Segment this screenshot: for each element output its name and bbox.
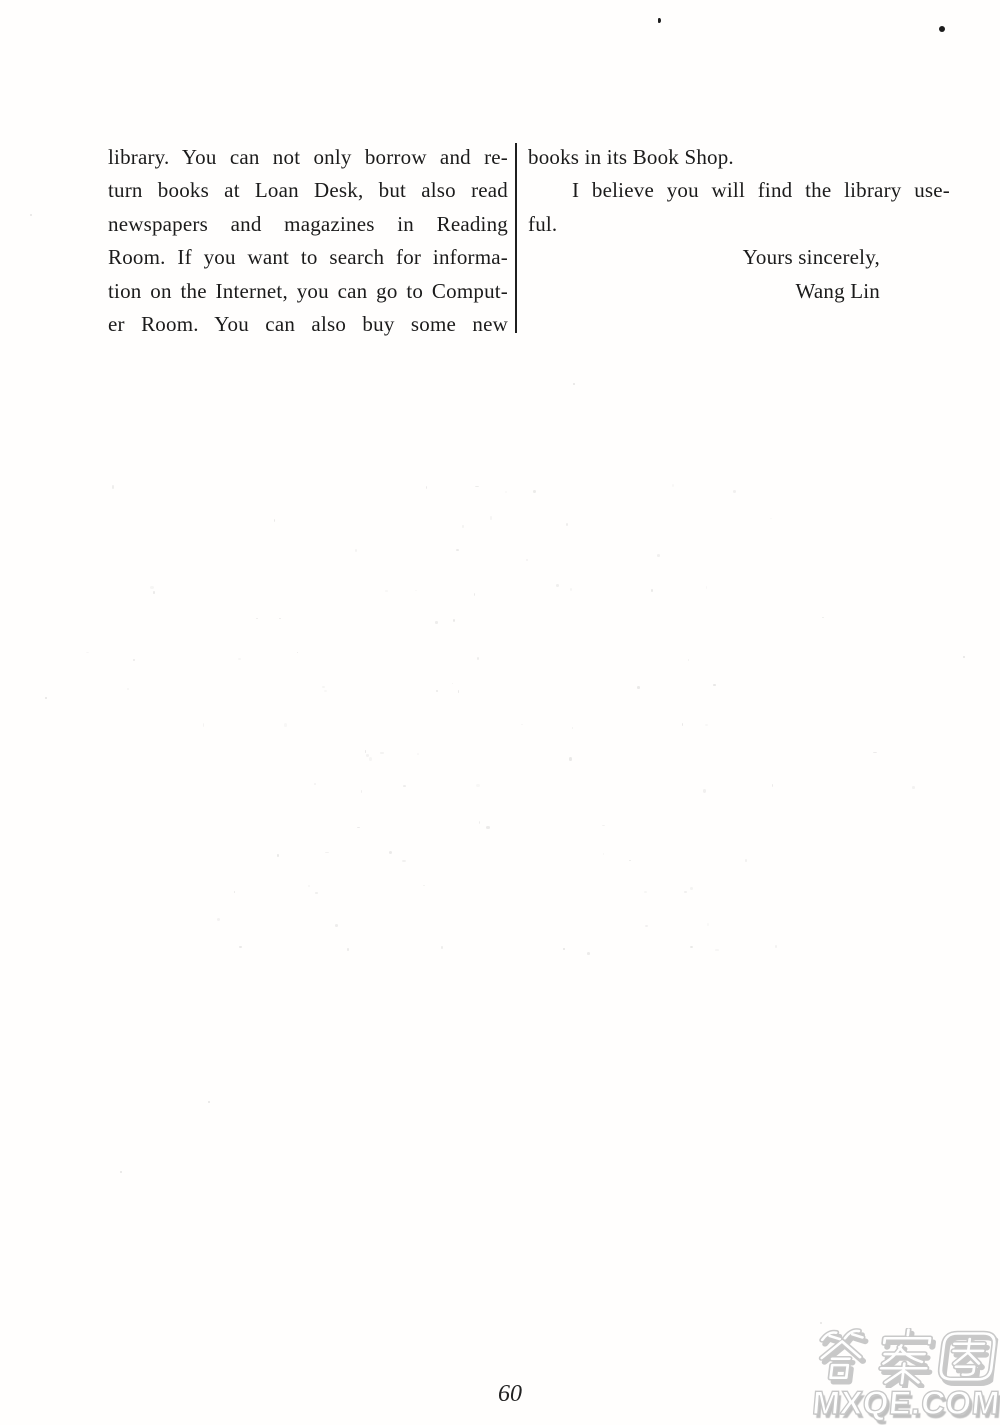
ghost-speck [672, 484, 674, 487]
ghost-speck [644, 891, 647, 893]
ghost-speck [703, 789, 706, 793]
text-line: library. You can not only borrow and re- [108, 141, 508, 174]
ghost-speck [308, 885, 310, 887]
ghost-speck [476, 784, 479, 787]
ghost-speck [315, 892, 318, 893]
ghost-speck [572, 727, 574, 730]
text-line: books in its Book Shop. [528, 141, 950, 174]
text-line: er Room. You can also buy some new [108, 308, 508, 341]
ghost-speck [324, 690, 327, 692]
ghost-speck [690, 946, 693, 948]
ghost-speck [30, 214, 32, 216]
ghost-speck [365, 750, 367, 752]
ghost-speck [657, 554, 660, 557]
ghost-speck [775, 945, 777, 948]
ghost-speck [133, 659, 135, 661]
ghost-speck [355, 549, 357, 551]
ghost-speck [458, 690, 459, 693]
ghost-speck [475, 486, 478, 487]
ghost-speck [486, 826, 489, 829]
ghost-speck [651, 589, 653, 592]
ghost-speck [277, 854, 279, 857]
ghost-speck [322, 686, 324, 688]
watermark-site-text: MXQE.COM [804, 1384, 1000, 1422]
ghost-speck [563, 948, 565, 950]
ghost-speck [637, 686, 640, 689]
ghost-speck [208, 1101, 210, 1103]
ghost-speck [415, 590, 417, 591]
ghost-speck [963, 656, 965, 658]
ghost-speck [284, 723, 287, 726]
ghost-speck [770, 518, 772, 519]
ghost-speck [325, 852, 328, 854]
ghost-speck [713, 684, 716, 685]
ghost-speck [357, 827, 360, 829]
ghost-speck [707, 923, 709, 926]
left-text-column: library. You can not only borrow and re-… [108, 141, 508, 341]
ghost-speck [587, 952, 590, 955]
ghost-speck [566, 523, 569, 526]
ghost-speck [706, 586, 707, 588]
ghost-speck [385, 590, 388, 592]
ghost-speck [479, 821, 480, 824]
ghost-speck [369, 757, 372, 760]
ghost-speck [314, 783, 316, 785]
ghost-speck [645, 925, 648, 927]
ghost-speck [436, 690, 438, 693]
ghost-speck [347, 948, 349, 950]
ghost-speck [441, 946, 442, 949]
ghost-speck [238, 658, 240, 660]
ghost-speck [279, 618, 281, 620]
ghost-speck [521, 724, 523, 726]
ghost-speck [127, 688, 129, 690]
ghost-speck [570, 588, 572, 590]
ghost-speck [533, 490, 536, 493]
ghost-speck [733, 490, 736, 493]
ghost-speck [239, 946, 242, 948]
ghost-speck [822, 617, 825, 619]
ghost-speck [150, 586, 154, 589]
ghost-speck [573, 383, 575, 385]
ghost-speck [453, 619, 456, 622]
ghost-speck [556, 584, 559, 587]
ghost-speck [820, 1322, 822, 1324]
ghost-speck [203, 723, 204, 726]
ghost-speck [490, 516, 491, 519]
text-line: turn books at Loan Desk, but also read [108, 174, 508, 207]
scanned-book-page: library. You can not only borrow and re-… [0, 0, 1000, 1425]
letter-signature: Wang Lin [528, 275, 950, 308]
text-line: I believe you will find the library use- [528, 174, 950, 207]
ghost-speck [505, 491, 507, 493]
ghost-speck [423, 885, 425, 886]
ghost-speck [526, 559, 528, 561]
ghost-speck [402, 860, 405, 862]
ghost-speck [462, 525, 463, 528]
ghost-speck [297, 652, 298, 653]
ghost-speck [361, 790, 362, 793]
ghost-speck [86, 652, 89, 653]
ghost-speck [335, 924, 338, 927]
ghost-speck [426, 486, 427, 489]
ghost-speck [715, 949, 718, 950]
ghost-speck [452, 683, 453, 684]
ghost-speck [45, 697, 47, 699]
ghost-speck [688, 659, 689, 661]
text-line: tion on the Internet, you can go to Comp… [108, 275, 508, 308]
ghost-speck [912, 786, 915, 789]
ghost-speck [403, 785, 406, 787]
text-line: newspapers and magazines in Reading [108, 208, 508, 241]
ghost-speck [366, 754, 369, 757]
ghost-speck [772, 784, 773, 787]
ghost-speck [629, 860, 631, 861]
ghost-speck [873, 752, 877, 753]
ghost-speck [217, 918, 220, 921]
letter-signoff: Yours sincerely, [528, 241, 950, 274]
page-number: 60 [460, 1381, 560, 1408]
ghost-speck [477, 657, 480, 660]
ghost-speck [274, 519, 275, 522]
ghost-speck [569, 757, 572, 760]
ghost-speck [256, 618, 258, 619]
column-divider [515, 143, 517, 333]
ghost-speck [682, 723, 683, 726]
right-text-column: books in its Book Shop. I believe you wi… [528, 141, 950, 308]
ghost-speck [153, 591, 156, 593]
ghost-speck [389, 851, 392, 854]
answer-circle-logo-icon: 答案圈 [810, 1328, 999, 1388]
ghost-speck [603, 853, 605, 855]
ghost-speck [234, 891, 235, 893]
ghost-speck [705, 724, 708, 726]
ghost-speck [690, 887, 693, 890]
ghost-speck [112, 485, 114, 489]
ghost-speck [474, 593, 475, 596]
ghost-speck [435, 621, 437, 624]
ghost-speck [684, 891, 686, 894]
ink-speck [939, 26, 945, 32]
text-line: ful. [528, 208, 950, 241]
ghost-speck [745, 859, 748, 862]
answer-circle-watermark: 答案圈 [806, 1326, 1000, 1425]
ghost-speck [417, 753, 419, 755]
ghost-speck [602, 825, 605, 826]
ghost-speck [380, 752, 383, 753]
ghost-speck [120, 1171, 122, 1173]
text-line: Room. If you want to search for informa- [108, 241, 508, 274]
ink-speck [658, 18, 661, 23]
ghost-speck [456, 549, 459, 551]
